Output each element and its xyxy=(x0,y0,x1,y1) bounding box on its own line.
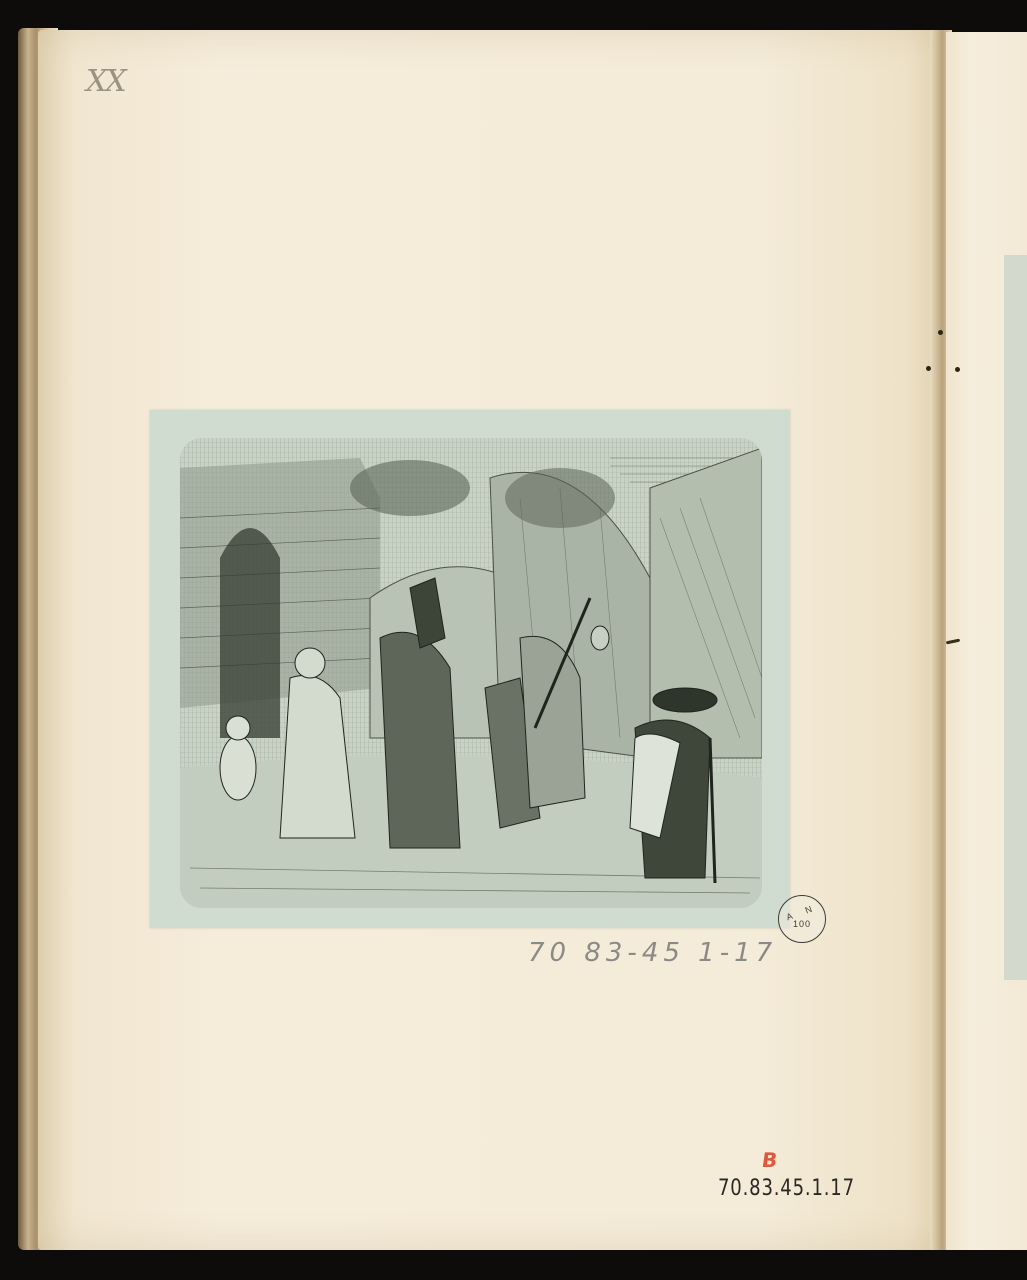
library-stamp: A N 100 xyxy=(778,895,826,943)
binding-hole xyxy=(955,367,960,372)
ink-inventory-number: 70.83.45.1.17 xyxy=(718,1176,855,1201)
engraving-scene-icon xyxy=(180,438,762,908)
stamp-bottom-text: 100 xyxy=(793,920,811,930)
binding-hole xyxy=(938,330,943,335)
mounted-illustration-plate xyxy=(150,410,790,928)
engraving-illustration xyxy=(180,438,762,908)
corner-pencil-mark: XX xyxy=(86,64,125,99)
right-page-plate xyxy=(1004,255,1027,980)
binding-hole xyxy=(926,366,931,371)
pencil-inventory-number: 70 83-45 1-17 xyxy=(528,938,777,968)
